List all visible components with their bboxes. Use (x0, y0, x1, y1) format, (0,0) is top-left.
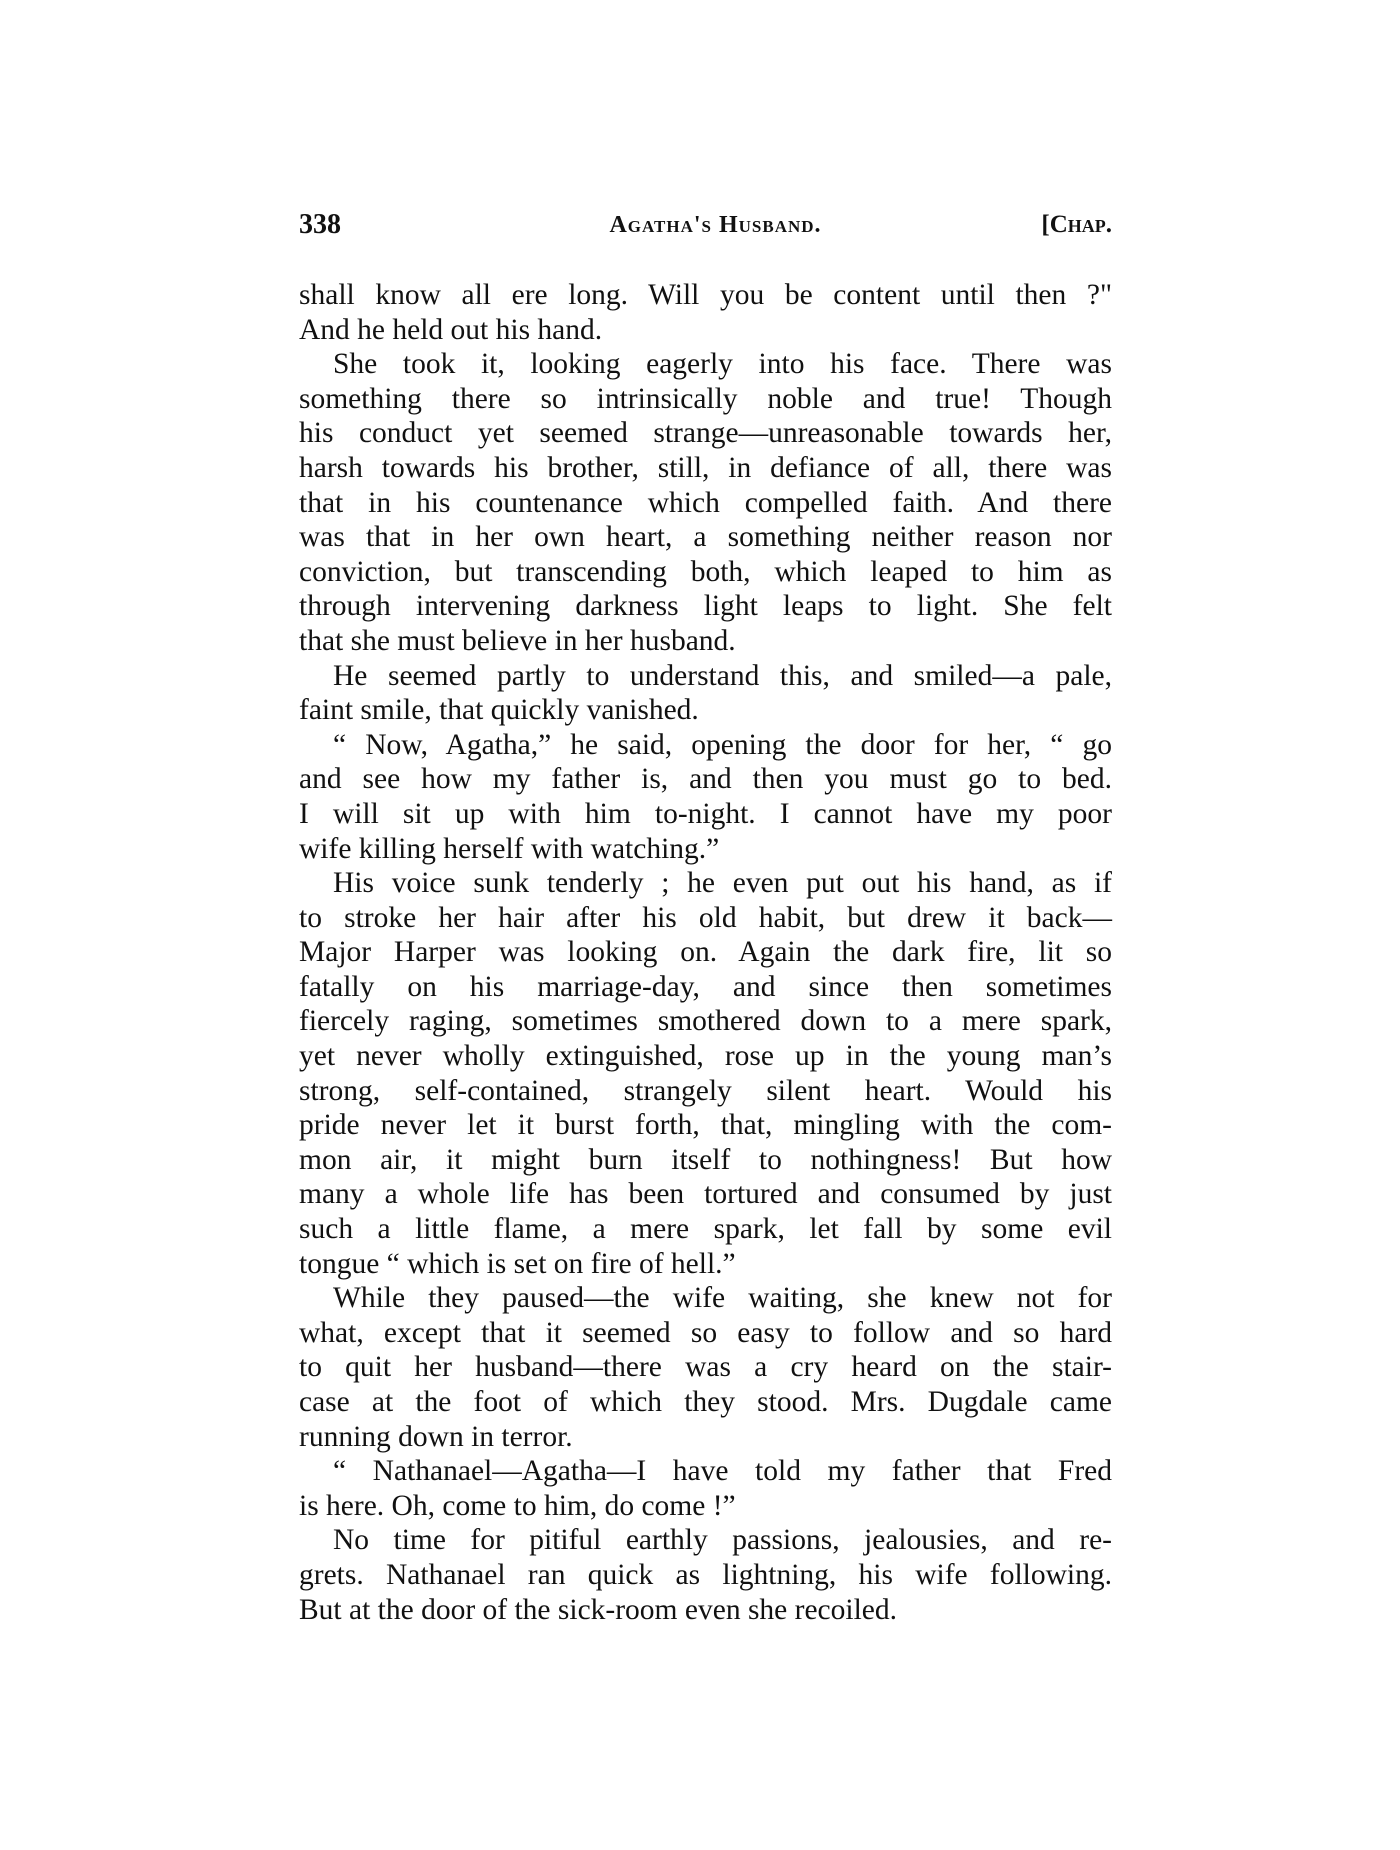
paragraph: “ Nathanael—Agatha—I have told my father… (299, 1454, 1112, 1523)
text-line: No time for pitiful earthly passions, je… (299, 1523, 1112, 1558)
text-line: his conduct yet seemed strange—unreasona… (299, 416, 1112, 451)
paragraph: He seemed partly to understand this, and… (299, 659, 1112, 728)
book-title: Agatha's Husband. (299, 205, 1112, 245)
text-line: pride never let it burst forth, that, mi… (299, 1108, 1112, 1143)
text-line: that she must believe in her husband. (299, 624, 1112, 659)
paragraph: shall know all ere long. Will you be con… (299, 278, 1112, 347)
text-line: yet never wholly extinguished, rose up i… (299, 1039, 1112, 1074)
text-line: and see how my father is, and then you m… (299, 762, 1112, 797)
text-line: strong, self-contained, strangely silent… (299, 1074, 1112, 1109)
text-line: to stroke her hair after his old habit, … (299, 901, 1112, 936)
paragraph: “ Now, Agatha,” he said, opening the doo… (299, 728, 1112, 866)
text-line: harsh towards his brother, still, in def… (299, 451, 1112, 486)
text-line: conviction, but transcending both, which… (299, 555, 1112, 590)
text-line: mon air, it might burn itself to nothing… (299, 1143, 1112, 1178)
text-line: is here. Oh, come to him, do come !” (299, 1489, 1112, 1524)
body-text: shall know all ere long. Will you be con… (299, 278, 1112, 1627)
text-line: But at the door of the sick-room even sh… (299, 1593, 1112, 1628)
text-line: “ Nathanael—Agatha—I have told my father… (299, 1454, 1112, 1489)
text-line: She took it, looking eagerly into his fa… (299, 347, 1112, 382)
text-line: shall know all ere long. Will you be con… (299, 278, 1112, 313)
text-line: And he held out his hand. (299, 313, 1112, 348)
text-line: running down in terror. (299, 1420, 1112, 1455)
paragraph: No time for pitiful earthly passions, je… (299, 1523, 1112, 1627)
text-line: wife killing herself with watching.” (299, 832, 1112, 867)
text-line: something there so intrinsically noble a… (299, 382, 1112, 417)
text-line: Major Harper was looking on. Again the d… (299, 935, 1112, 970)
text-line: that in his countenance which compelled … (299, 486, 1112, 521)
paragraph: She took it, looking eagerly into his fa… (299, 347, 1112, 658)
text-line: many a whole life has been tortured and … (299, 1177, 1112, 1212)
running-head: 338 Agatha's Husband. [Chap. (299, 205, 1112, 245)
text-line: through intervening darkness light leaps… (299, 589, 1112, 624)
text-line: grets. Nathanael ran quick as lightning,… (299, 1558, 1112, 1593)
text-line: case at the foot of which they stood. Mr… (299, 1385, 1112, 1420)
text-line: fatally on his marriage-day, and since t… (299, 970, 1112, 1005)
text-line: what, except that it seemed so easy to f… (299, 1316, 1112, 1351)
text-line: “ Now, Agatha,” he said, opening the doo… (299, 728, 1112, 763)
paragraph: While they paused—the wife waiting, she … (299, 1281, 1112, 1454)
text-line: such a little flame, a mere spark, let f… (299, 1212, 1112, 1247)
text-line: tongue “ which is set on fire of hell.” (299, 1247, 1112, 1282)
chapter-marker: [Chap. (1041, 205, 1112, 245)
text-line: faint smile, that quickly vanished. (299, 693, 1112, 728)
text-line: His voice sunk tenderly ; he even put ou… (299, 866, 1112, 901)
text-line: I will sit up with him to-night. I canno… (299, 797, 1112, 832)
text-line: fiercely raging, sometimes smothered dow… (299, 1004, 1112, 1039)
text-line: While they paused—the wife waiting, she … (299, 1281, 1112, 1316)
text-line: was that in her own heart, a something n… (299, 520, 1112, 555)
book-page: 338 Agatha's Husband. [Chap. shall know … (299, 205, 1112, 1627)
text-line: to quit her husband—there was a cry hear… (299, 1350, 1112, 1385)
paragraph: His voice sunk tenderly ; he even put ou… (299, 866, 1112, 1281)
text-line: He seemed partly to understand this, and… (299, 659, 1112, 694)
